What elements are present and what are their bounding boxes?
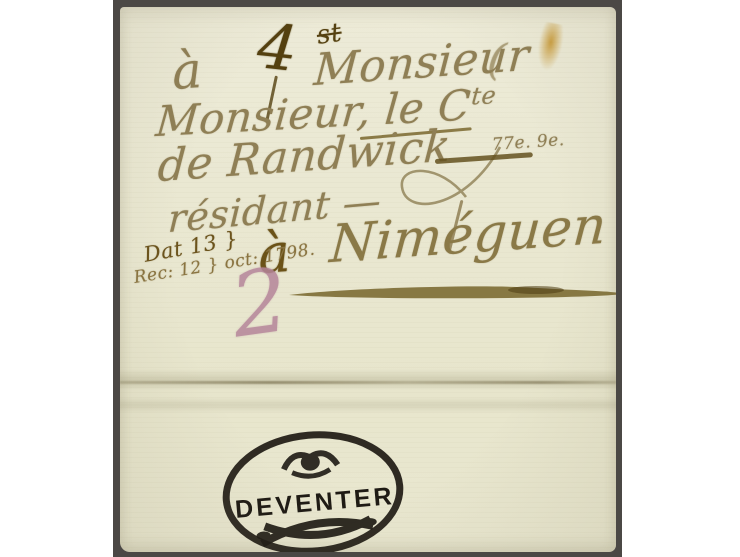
address-line2-superscript: te [470, 81, 497, 110]
ink-smear-underline [286, 283, 616, 303]
dark-background-mat: 4 st ( à Monsieur Monsieur, le Cte de Ra… [113, 0, 622, 557]
fold-crease-shadow [120, 369, 616, 397]
posthorn-emblem-icon [283, 452, 339, 479]
residant-text: résidant [167, 183, 332, 242]
letter-sheet: 4 st ( à Monsieur Monsieur, le Cte de Ra… [120, 7, 616, 552]
address-prefix-a: à [170, 41, 204, 101]
ink-stain [534, 21, 566, 72]
postmark-town-name: DEVENTER [234, 482, 394, 524]
rate-mark-4: 4 [254, 9, 301, 86]
photograph-of-letter: 4 st ( à Monsieur Monsieur, le Cte de Ra… [0, 0, 740, 557]
fold-crease-secondary [120, 397, 616, 413]
deventer-oval-postmark: DEVENTER [216, 427, 411, 552]
fold-crease-line [120, 381, 616, 384]
address-line3-regiment-note: 77e. 9e. [491, 130, 565, 155]
